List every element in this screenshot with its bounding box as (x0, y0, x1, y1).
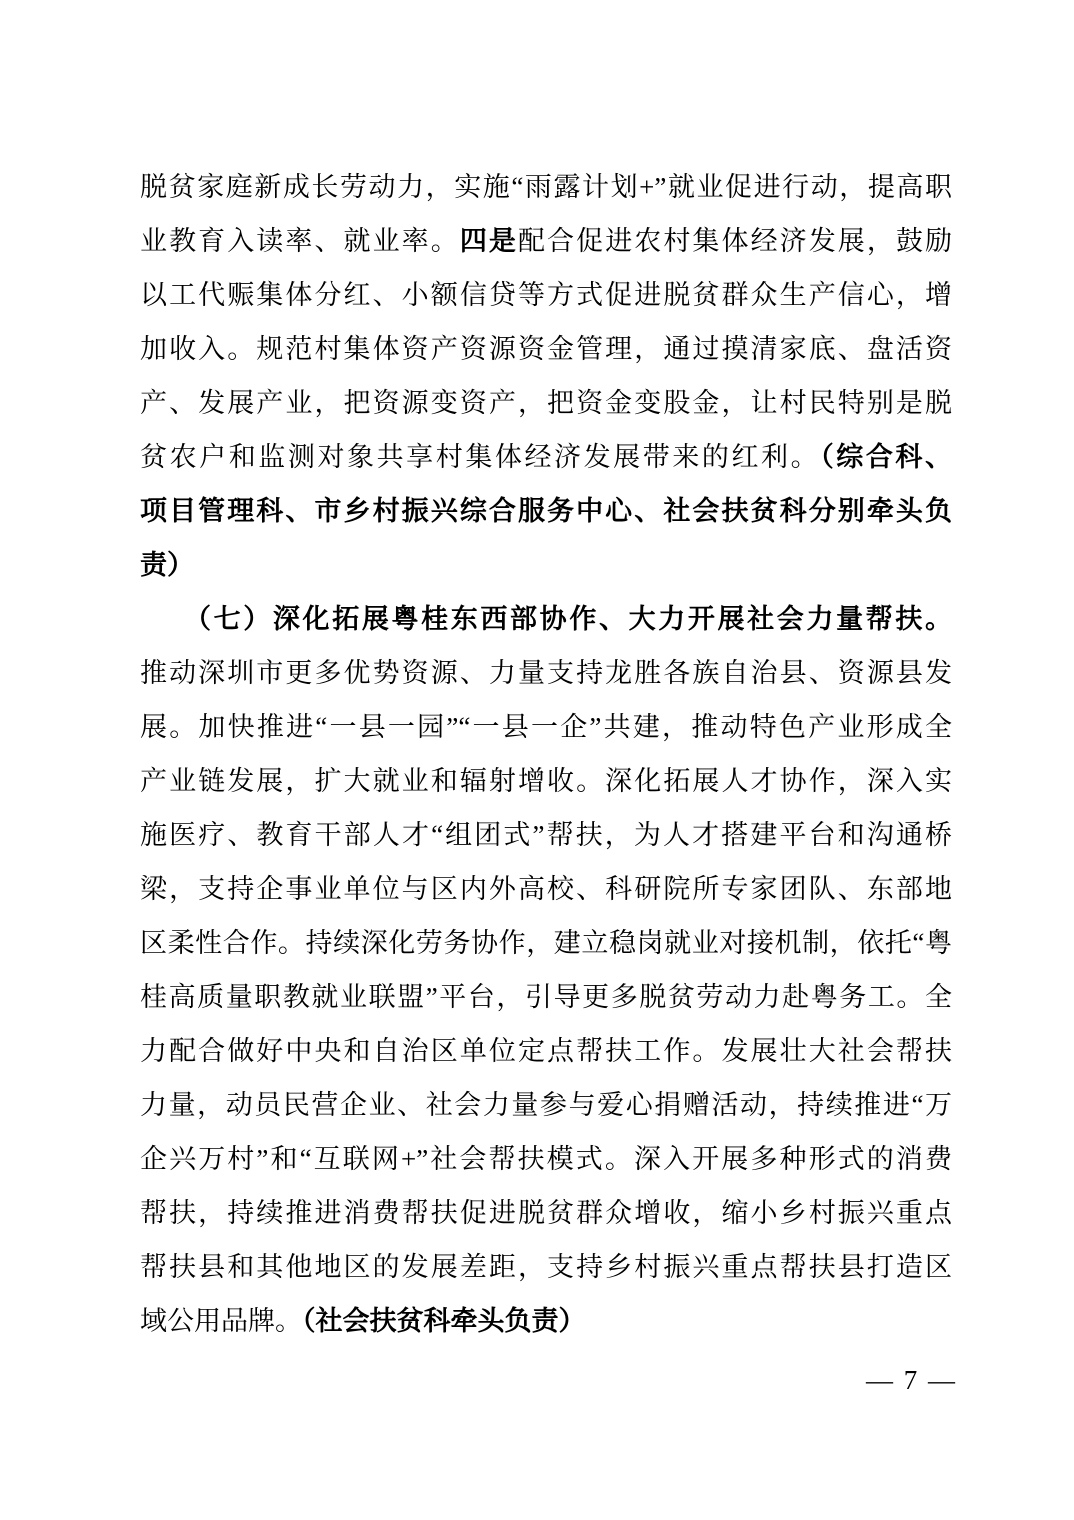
text-segment: 展。加快推进“一县一园”“一县一企”共建，推动特色产业形成全 (140, 712, 952, 742)
text-line: 施医疗、教育干部人才“组团式”帮扶，为人才搭建平台和沟通桥 (140, 808, 952, 862)
text-line: 脱贫家庭新成长劳动力，实施“雨露计划+”就业促进行动，提高职 (140, 160, 952, 214)
text-segment: 企兴万村”和“互联网+”社会帮扶模式。深入开展多种形式的消费 (140, 1144, 952, 1174)
text-line: 企兴万村”和“互联网+”社会帮扶模式。深入开展多种形式的消费 (140, 1132, 952, 1186)
text-segment: 以工代赈集体分红、小额信贷等方式促进脱贫群众生产信心，增 (140, 280, 952, 310)
text-line: （七）深化拓展粤桂东西部协作、大力开展社会力量帮扶。 (140, 592, 952, 646)
text-line: 力量，动员民营企业、社会力量参与爱心捐赠活动，持续推进“万 (140, 1078, 952, 1132)
page-footer: — 7 — (866, 1362, 957, 1398)
document-body: 脱贫家庭新成长劳动力，实施“雨露计划+”就业促进行动，提高职业教育入读率、就业率… (140, 160, 952, 1348)
text-segment: 贫农户和监测对象共享村集体经济发展带来的红利。 (140, 442, 820, 472)
text-line: 业教育入读率、就业率。四是配合促进农村集体经济发展，鼓励 (140, 214, 952, 268)
text-line: 帮扶县和其他地区的发展差距，支持乡村振兴重点帮扶县打造区 (140, 1240, 952, 1294)
text-line: 产业链发展，扩大就业和辐射增收。深化拓展人才协作，深入实 (140, 754, 952, 808)
bold-text-segment: 四是 (460, 226, 518, 256)
text-segment: 域公用品牌。 (140, 1306, 302, 1336)
text-line: 梁，支持企事业单位与区内外高校、科研院所专家团队、东部地 (140, 862, 952, 916)
text-segment: 施医疗、教育干部人才“组团式”帮扶，为人才搭建平台和沟通桥 (140, 820, 952, 850)
text-segment: 区柔性合作。持续深化劳务协作，建立稳岗就业对接机制，依托“粤 (140, 928, 952, 958)
text-segment: 推动深圳市更多优势资源、力量支持龙胜各族自治县、资源县发 (140, 658, 952, 688)
bold-text-segment: （七）深化拓展粤桂东西部协作、大力开展社会力量帮扶。 (184, 604, 952, 634)
text-segment: 梁，支持企事业单位与区内外高校、科研院所专家团队、东部地 (140, 874, 952, 904)
text-segment: 产业链发展，扩大就业和辐射增收。深化拓展人才协作，深入实 (140, 766, 952, 796)
text-line: 桂高质量职教就业联盟”平台，引导更多脱贫劳动力赴粤务工。全 (140, 970, 952, 1024)
page-number: — 7 — (866, 1365, 957, 1395)
bold-text-segment: 责） (140, 550, 194, 580)
text-line: 以工代赈集体分红、小额信贷等方式促进脱贫群众生产信心，增 (140, 268, 952, 322)
text-line: 项目管理科、市乡村振兴综合服务中心、社会扶贫科分别牵头负 (140, 484, 952, 538)
text-segment: 配合促进农村集体经济发展，鼓励 (518, 226, 952, 256)
text-segment: 帮扶县和其他地区的发展差距，支持乡村振兴重点帮扶县打造区 (140, 1252, 952, 1282)
text-segment: 帮扶，持续推进消费帮扶促进脱贫群众增收，缩小乡村振兴重点 (140, 1198, 952, 1228)
text-line: 产、发展产业，把资源变资产，把资金变股金，让村民特别是脱 (140, 376, 952, 430)
text-line: 展。加快推进“一县一园”“一县一企”共建，推动特色产业形成全 (140, 700, 952, 754)
text-line: 推动深圳市更多优势资源、力量支持龙胜各族自治县、资源县发 (140, 646, 952, 700)
bold-text-segment: （综合科、 (820, 442, 952, 472)
text-segment: 脱贫家庭新成长劳动力，实施“雨露计划+”就业促进行动，提高职 (140, 172, 952, 202)
text-line: 域公用品牌。（社会扶贫科牵头负责） (140, 1294, 952, 1348)
bold-text-segment: 项目管理科、市乡村振兴综合服务中心、社会扶贫科分别牵头负 (140, 496, 952, 526)
text-line: 责） (140, 538, 952, 592)
text-line: 力配合做好中央和自治区单位定点帮扶工作。发展壮大社会帮扶 (140, 1024, 952, 1078)
text-segment: 力量，动员民营企业、社会力量参与爱心捐赠活动，持续推进“万 (140, 1090, 952, 1120)
text-segment: 桂高质量职教就业联盟”平台，引导更多脱贫劳动力赴粤务工。全 (140, 982, 952, 1012)
document-page: 脱贫家庭新成长劳动力，实施“雨露计划+”就业促进行动，提高职业教育入读率、就业率… (0, 0, 1074, 1520)
text-line: 帮扶，持续推进消费帮扶促进脱贫群众增收，缩小乡村振兴重点 (140, 1186, 952, 1240)
text-segment: 加收入。规范村集体资产资源资金管理，通过摸清家底、盘活资 (140, 334, 952, 364)
text-line: 贫农户和监测对象共享村集体经济发展带来的红利。（综合科、 (140, 430, 952, 484)
bold-text-segment: （社会扶贫科牵头负责） (302, 1306, 586, 1336)
text-line: 区柔性合作。持续深化劳务协作，建立稳岗就业对接机制，依托“粤 (140, 916, 952, 970)
text-segment: 业教育入读率、就业率。 (140, 226, 460, 256)
text-segment: 力配合做好中央和自治区单位定点帮扶工作。发展壮大社会帮扶 (140, 1036, 952, 1066)
text-line: 加收入。规范村集体资产资源资金管理，通过摸清家底、盘活资 (140, 322, 952, 376)
text-segment: 产、发展产业，把资源变资产，把资金变股金，让村民特别是脱 (140, 388, 952, 418)
